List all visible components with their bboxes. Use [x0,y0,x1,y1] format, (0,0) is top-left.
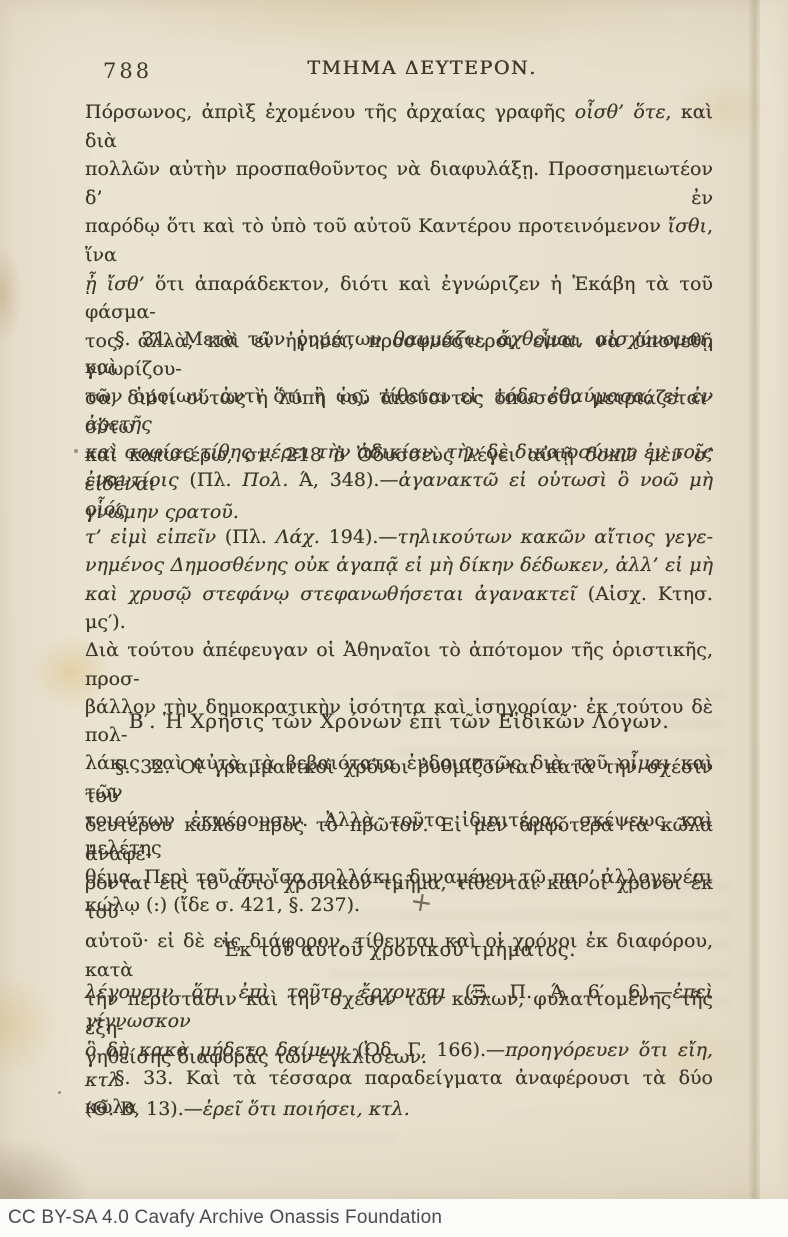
greek-text-segment: 194).— [320,526,398,548]
greek-text-segment: παρόδῳ ὅτι καὶ τὸ ὑπὸ τοῦ αὐτοῦ Καντέρου… [85,215,668,237]
greek-italic-segment: ᾖ ἴσθ’ [85,273,145,295]
greek-text-segment: §. 31. Μετὰ τῶν ῥημάτων [115,328,393,350]
ink-speck [74,449,78,453]
greek-italic-segment: οἶσθ’ ὅτε [575,101,666,123]
ink-speck [58,1091,61,1094]
text-line: ρονται εἰς τὸ αὐτὸ χρονικὸν τμῆμα, τίθεν… [85,869,713,927]
greek-italic-segment: ὃ δὴ κακὰ μήδετο δαίμων [85,1039,347,1061]
page-crease [748,0,760,1199]
text-line: τ’ εἰμὶ εἰπεῖν (Πλ. Λάχ. 194).—τηλικούτω… [85,523,713,551]
greek-italic-segment: Λάχ. [276,526,320,548]
text-line: ἐναντίοις (Πλ. Πολ. Ά, 348).—ἀγανακτῶ εἰ… [85,466,713,523]
greek-text-segment: (Πλ. [179,469,243,491]
greek-italic-segment: θαυμάζω, ἄχθομαι, αἰσχύνομαι [393,328,707,350]
greek-italic-segment: τηλικούτων κακῶν αἴτιος γεγε- [397,526,713,548]
text-line: παρόδῳ ὅτι καὶ τὸ ὑπὸ τοῦ αὐτοῦ Καντέρου… [85,212,713,269]
text-line: καὶ χρυσῷ στεφάνῳ στεφανωθήσεται ἀγανακτ… [85,580,713,637]
greek-text-segment: §. 32. Οἱ γραμματικοὶ χρόνοι ῥυθμίζονται… [85,756,713,807]
greek-text-segment: ὅτι ἀπαράδεκτον, διότι καὶ ἐγνώριζεν ἡ Ἑ… [85,273,713,324]
greek-italic-segment: ἴσθι [668,215,707,237]
text-line: ᾖ ἴσθ’ ὅτι ἀπαράδεκτον, διότι καὶ ἐγνώρι… [85,270,713,327]
text-line: §. 31. Μετὰ τῶν ῥημάτων θαυμάζω, ἄχθομαι… [85,325,713,382]
greek-text-segment: (Ξ. Π. Ά, 6′, 6).— [447,981,673,1003]
greek-text-segment: §. 33. Καὶ τὰ τέσσαρα παραδείγματα ἀναφέ… [85,1067,713,1118]
greek-italic-segment: λέγουσιν ὅτι ἐπὶ τοῦτο ἔρχονται [85,981,447,1003]
text-line: Διὰ τούτου ἀπέφευγαν οἱ Ἀθηναῖοι τὸ ἀπότ… [85,636,713,693]
greek-text-segment: (Πλ. [216,526,276,548]
sub-heading: Ἐκ τοῦ αὐτοῦ χρονικοῦ τμήματος. [85,938,713,961]
greek-italic-segment: νημένος Δημοσθένης οὐκ ἀγαπᾷ εἰ μὴ δίκην… [85,554,713,576]
greek-italic-segment: τ’ εἰμὶ εἰπεῖν [85,526,216,548]
page-number: 788 [103,59,152,83]
text-line: τῶν ὁμοίων, ἀντὶ ὅτι ἢ ὡς, τίθεται εἰ· τ… [85,382,713,439]
paragraph-section-33: §. 33. Καὶ τὰ τέσσαρα παραδείγματα ἀναφέ… [85,1064,713,1122]
greek-italic-segment: Πολ. [242,469,288,491]
greek-text-segment: πολλῶν αὐτὴν προσπαθοῦντος νὰ διαφυλάξῃ.… [85,158,713,209]
license-text: CC BY-SA 4.0 Cavafy Archive Onassis Foun… [0,1207,442,1229]
greek-text-segment: Διὰ τούτου ἀπέφευγαν οἱ Ἀθηναῖοι τὸ ἀπότ… [85,639,713,689]
greek-text-segment: Ά, 348).— [288,469,398,491]
text-line: νημένος Δημοσθένης οὐκ ἀγαπᾷ εἰ μὴ δίκην… [85,551,713,579]
greek-text-segment: δευτέρου κώλου πρὸς τὸ πρῶτον. Εἰ μὲν ἀμ… [85,814,713,865]
greek-text-segment: ρονται εἰς τὸ αὐτὸ χρονικὸν τμῆμα, τίθεν… [85,872,713,923]
greek-italic-segment: ἐναντίοις [85,469,179,491]
text-line: λέγουσιν ὅτι ἐπὶ τοῦτο ἔρχονται (Ξ. Π. Ά… [85,978,713,1036]
scanned-book-page: 788 ΤΜΗΜΑ ΔΕΥΤΕΡΟΝ. Πόρσωνος, ἀπρὶξ ἐχομ… [0,0,788,1237]
text-line: δευτέρου κώλου πρὸς τὸ πρῶτον. Εἰ μὲν ἀμ… [85,811,713,869]
page-header: 788 ΤΜΗΜΑ ΔΕΥΤΕΡΟΝ. [85,57,713,85]
running-title: ΤΜΗΜΑ ΔΕΥΤΕΡΟΝ. [85,57,713,79]
license-bar: CC BY-SA 4.0 Cavafy Archive Onassis Foun… [0,1199,788,1237]
text-line: πολλῶν αὐτὴν προσπαθοῦντος νὰ διαφυλάξῃ.… [85,155,713,212]
greek-italic-segment: καὶ χρυσῷ στεφάνῳ στεφανωθήσεται ἀγανακτ… [85,583,577,605]
text-line: Πόρσωνος, ἀπρὶξ ἐχομένου τῆς ἀρχαίας γρα… [85,98,713,155]
greek-text-segment: Πόρσωνος, ἀπρὶξ ἐχομένου τῆς ἀρχαίας γρα… [85,101,575,123]
text-line: καὶ σοφίας τίθης μέρει τὴν ἀδικίαν, τὴν … [85,438,713,466]
section-heading: Β′. Ἡ Χρῆσις τῶν Χρόνων ἐπὶ τῶν Εἰδικῶν … [85,709,713,733]
greek-italic-segment: καὶ σοφίας τίθης μέρει τὴν ἀδικίαν, τὴν … [85,441,713,463]
text-line: §. 32. Οἱ γραμματικοὶ χρόνοι ῥυθμίζονται… [85,753,713,811]
greek-text-segment: (Ὀδ. Γ, 166).— [347,1039,505,1061]
greek-text-segment: τῶν ὁμοίων, ἀντὶ ὅτι ἢ ὡς, τίθεται εἰ· [85,385,494,407]
text-line: §. 33. Καὶ τὰ τέσσαρα παραδείγματα ἀναφέ… [85,1064,713,1122]
page-right-edge [760,0,788,1199]
